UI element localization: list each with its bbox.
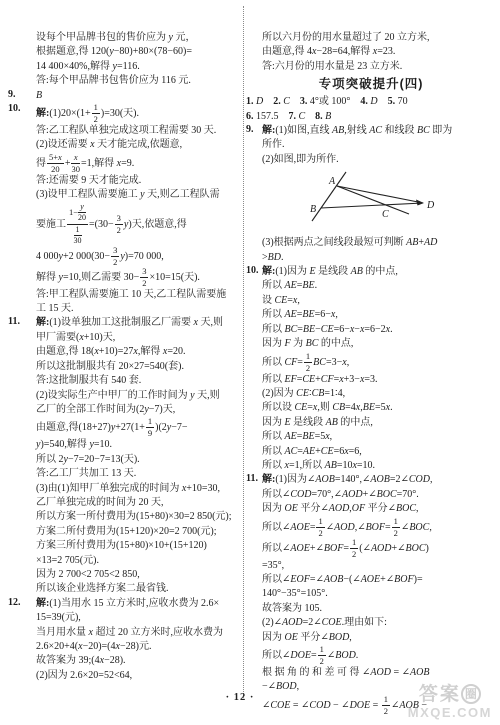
text-line: (2)如图,即为所作.: [262, 153, 496, 167]
item-number: 10.: [8, 103, 21, 114]
text-line: 所以六月份的用水量超过了 20 立方米,: [262, 31, 496, 45]
section-heading: 专项突破提升(四): [246, 75, 496, 94]
text-line: 解:(1)设单独加工这批制服乙厂需要 x 天,则: [36, 316, 240, 330]
scanned-answer-page: 设每个甲品牌书包的售价应为 y 元，根据题意,得 120(y−80)+80×(7…: [0, 0, 500, 725]
fraction: 1−y20130: [67, 203, 88, 246]
text-line: 所以 AE=BE=5x,: [262, 430, 496, 444]
answer-item-continuation: 1. D 2. C 3. 4°或 100° 4. D 5. 706. 157.5…: [246, 95, 496, 124]
text-line: 所以 AC=AE+CE=6x=6,: [262, 445, 496, 459]
item-number: 11.: [8, 316, 20, 327]
text-line: 15=39(元),: [36, 611, 240, 625]
answer-item: 9.B: [8, 89, 240, 103]
fraction: y20: [78, 203, 86, 223]
fraction: 32: [111, 246, 119, 267]
watermark-site: MXQE.COM: [408, 705, 492, 720]
text-line: 答:乙工程队单独完成这项工程需要 30 天.: [36, 124, 240, 138]
text-line: 所以∠COD=70°,∠AOD+∠BOC=70°.: [262, 488, 496, 502]
arrowhead-D: [416, 200, 424, 206]
text-line: 根 据 角 的 和 差 可 得 ∠AOD = ∠AOB: [262, 666, 496, 680]
fraction: 19: [146, 417, 154, 438]
text-line: 答:六月份的用水量是 23 立方米.: [262, 60, 496, 74]
text-line: 由题意,得(18+27)y+27(1+19)(2y−7−: [36, 417, 240, 438]
text-line: 答:这批制服共有 540 套.: [36, 374, 240, 388]
text-line: 根据题意,得 120(y−80)+80×(78−60)=: [36, 45, 240, 59]
text-line: 所以 AE=BE.: [262, 279, 496, 293]
text-line: 所以方案一所付费用为(15+80)×30=2 850(元);: [36, 510, 240, 524]
text-line: 方案二所付费用为(15+120)×20=2 700(元);: [36, 525, 240, 539]
text-line: 得5+x20+x30=1,解得 x=9.: [36, 153, 240, 174]
text-line: 由题意,得 4x−28=64,解得 x=23.: [262, 45, 496, 59]
answer-item: 9.解:(1)如图,直线 AB,射线 AC 和线段 BC 即为所作.(2)如图,…: [246, 124, 496, 167]
text-line: 因为 OE 平分∠BOD,: [262, 631, 496, 645]
text-line: 所以 x=1,所以 AB=10x=10.: [262, 459, 496, 473]
text-line: y)=540,解得 y=10.: [36, 438, 240, 452]
answer-item: 10.解:(1)因为 E 是线段 AB 的中点,所以 AE=BE.设 CE=x,…: [246, 265, 496, 473]
text-line: 因为 OE 平分∠AOD,OF 平分∠BOC,: [262, 502, 496, 516]
text-line: (2)设还需要 x 天才能完成,依题意,: [36, 138, 240, 152]
answer-item: 10.解:(1)20×(1+12)=30(天).答:乙工程队单独完成这项工程需要…: [8, 103, 240, 316]
fraction: 32: [140, 267, 148, 288]
text-line: 设每个甲品牌书包的售价应为 y 元，: [36, 31, 240, 45]
text-line: 所以∠AOE=12∠AOD,∠BOF=12∠BOC,: [262, 517, 496, 538]
item-number: 9.: [246, 124, 254, 135]
geometry-figure-svg: A B C D: [296, 169, 446, 233]
text-line: 答:还需要 9 天才能完成.: [36, 174, 240, 188]
text-line: (2)因为 CE∶CB=1∶4,: [262, 387, 496, 401]
text-line: 所以该企业选择方案二最省钱.: [36, 582, 240, 596]
text-line: 方案三所付费用为(15+80)×10+(15+120): [36, 539, 240, 553]
text-line: 所以∠EOF=∠AOB−(∠AOE+∠BOF)=: [262, 573, 496, 587]
fraction: x30: [71, 153, 80, 174]
segment-AD: [337, 186, 423, 203]
text-line: 14 400×40%,解得 y=116.: [36, 60, 240, 74]
text-line: 乙厂单独完成的时间为 20 天,: [36, 496, 240, 510]
text-line: 解:(1)因为∠AOB=140°,∠AOB=2∠COD,: [262, 473, 496, 487]
text-line: 所以 EF=CE+CF=x+3−x=3.: [262, 373, 496, 387]
fraction: 12: [392, 517, 400, 538]
text-line: 1. D 2. C 3. 4°或 100° 4. D 5. 70: [246, 95, 496, 109]
text-line: ×13=2 705(元).: [36, 554, 240, 568]
fraction: 12: [92, 103, 100, 124]
text-line: 所以 2y−7=20−7=13(天).: [36, 453, 240, 467]
column-divider: [243, 6, 244, 700]
text-line: (2)因为 2.6×20=52<64,: [36, 669, 240, 683]
answer-item: 11.解:(1)设单独加工这批制服乙厂需要 x 天,则甲厂需要(x+10)天,由…: [8, 316, 240, 596]
fraction: 5+x20: [47, 153, 64, 174]
item-number: 11.: [246, 473, 258, 484]
answer-item-continuation: (3)根据两点之间线段最短可判断 AB+AD>BD.: [246, 236, 496, 265]
text-line: 故答案为 105.: [262, 602, 496, 616]
text-line: (3)根据两点之间线段最短可判断 AB+AD: [262, 236, 496, 250]
text-line: 所以这批制服共有 20×27=540(套).: [36, 360, 240, 374]
watermark-logo: 答案圈: [408, 684, 492, 705]
point-label-C: C: [382, 209, 389, 220]
text-line: 解:(1)20×(1+12)=30(天).: [36, 103, 240, 124]
text-line: 因为 E 是线段 AB 的中点,: [262, 416, 496, 430]
segment-BD: [321, 203, 423, 208]
text-line: 因为 F 为 BC 的中点,: [262, 337, 496, 351]
text-line: 所以设 CE=x,则 CB=4x,BE=5x.: [262, 401, 496, 415]
answer-item-continuation: 设每个甲品牌书包的售价应为 y 元，根据题意,得 120(y−80)+80×(7…: [8, 31, 240, 89]
text-line: 2.6×20+4(x−20)=(4x−28)元.: [36, 640, 240, 654]
item-number: 10.: [246, 265, 259, 276]
fraction: 12: [304, 352, 312, 373]
answer-item: 11.解:(1)因为∠AOB=140°,∠AOB=2∠COD,所以∠COD=70…: [246, 473, 496, 715]
text-line: =35°,: [262, 559, 496, 573]
text-line: (3)由(1)知甲厂单独完成的时间为 x+10=30,: [36, 482, 240, 496]
text-line: 乙厂的全部工作时间为(2y−7)天,: [36, 403, 240, 417]
point-label-A: A: [328, 176, 336, 187]
text-line: 140°−35°=105°.: [262, 587, 496, 601]
text-line: 解:(1)当用水 15 立方米时,应收水费为 2.6×: [36, 597, 240, 611]
text-line: 答:甲工程队需要施工 10 天,乙工程队需要施: [36, 288, 240, 302]
fraction: 32: [115, 214, 123, 235]
point-label-B: B: [310, 204, 316, 215]
text-line: 因为 2 700<2 705<2 850,: [36, 568, 240, 582]
text-line: 甲厂需要(x+10)天,: [36, 331, 240, 345]
text-line: >BD.: [262, 251, 496, 265]
text-line: 工 15 天.: [36, 302, 240, 316]
ray-AC: [337, 186, 409, 214]
left-column: 设每个甲品牌书包的售价应为 y 元，根据题意,得 120(y−80)+80×(7…: [8, 31, 240, 683]
text-line: 由题意,得 18(x+10)=27x,解得 x=20.: [36, 345, 240, 359]
text-line: 4 000y+2 000(30−32y)=70 000,: [36, 246, 240, 267]
fraction: 130: [74, 226, 82, 246]
text-line: 解得 y=10,则乙需要 30−32×10=15(天).: [36, 267, 240, 288]
fraction: 12: [316, 517, 324, 538]
watermark-logo-text: 答案: [419, 684, 461, 705]
watermark-logo-circle: 圈: [461, 684, 481, 704]
text-line: 答:每个甲品牌书包售价应为 116 元.: [36, 74, 240, 88]
text-line: (2)设实际生产中甲厂的工作时间为 y 天,则: [36, 389, 240, 403]
watermark: 答案圈 MXQE.COM: [408, 684, 492, 720]
answer-item: 12.解:(1)当用水 15 立方米时,应收水费为 2.6×15=39(元),当…: [8, 597, 240, 683]
text-line: 解:(1)因为 E 是线段 AB 的中点,: [262, 265, 496, 279]
text-line: (3)设甲工程队需要施工 y 天,则乙工程队需: [36, 188, 240, 202]
geometry-figure: A B C D: [296, 169, 496, 233]
text-line: 故答案为 39;(4x−28).: [36, 654, 240, 668]
right-column: 所以六月份的用水量超过了 20 立方米,由题意,得 4x−28=64,解得 x=…: [246, 31, 496, 716]
text-line: 6. 157.5 7. C 8. B: [246, 110, 496, 124]
text-line: 所作.: [262, 138, 496, 152]
point-label-D: D: [426, 200, 435, 211]
item-number: 9.: [8, 89, 16, 100]
text-line: 所以∠DOE=12∠BOD.: [262, 645, 496, 666]
text-line: 要施工1−y20130=(30−32y)天,依题意,得: [36, 203, 240, 246]
text-line: (2)∠AOD=2∠COE.理由如下:: [262, 616, 496, 630]
text-line: 答:乙工厂共加工 13 天.: [36, 467, 240, 481]
text-line: B: [36, 89, 240, 103]
answer-item-continuation: 所以六月份的用水量超过了 20 立方米,由题意,得 4x−28=64,解得 x=…: [246, 31, 496, 74]
text-line: 所以 AE=BE=6−x,: [262, 308, 496, 322]
fraction: 12: [350, 538, 358, 559]
text-line: 解:(1)如图,直线 AB,射线 AC 和线段 BC 即为: [262, 124, 496, 138]
text-line: 所以∠AOE+∠BOF=12(∠AOD+∠BOC): [262, 538, 496, 559]
text-line: 所以 BC=BE−CE=6−x−x=6−2x.: [262, 323, 496, 337]
text-line: 所以 CF=12BC=3−x,: [262, 352, 496, 373]
text-line: 设 CE=x,: [262, 294, 496, 308]
fraction: 12: [318, 645, 326, 666]
item-number: 12.: [8, 597, 21, 608]
text-line: 当月用水量 x 超过 20 立方米时,应收水费为: [36, 626, 240, 640]
